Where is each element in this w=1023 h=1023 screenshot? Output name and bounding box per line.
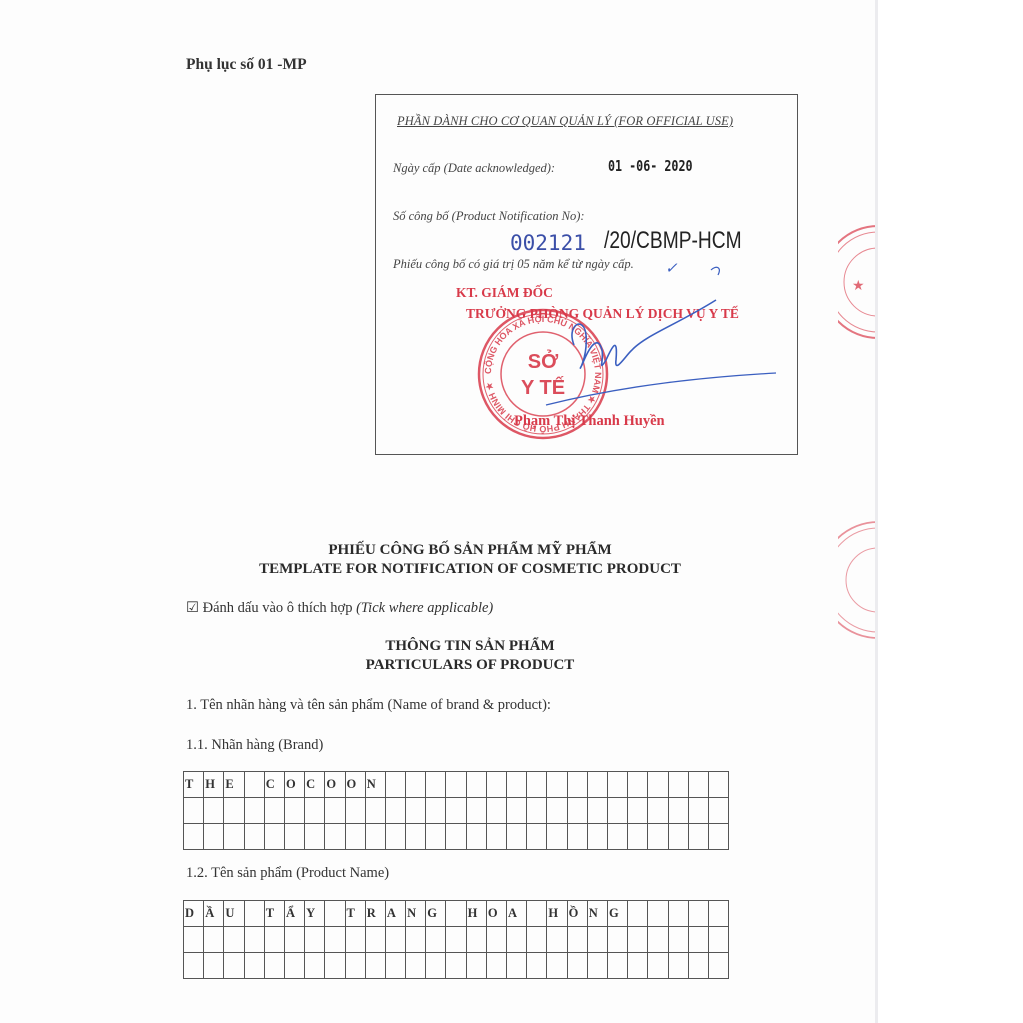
grid-cell [607, 953, 627, 979]
grid-cell [426, 953, 446, 979]
grid-cell [708, 901, 728, 927]
grid-cell [607, 824, 627, 850]
grid-cell [345, 927, 365, 953]
grid-cell [567, 824, 587, 850]
grid-cell [224, 953, 244, 979]
grid-cell [244, 901, 264, 927]
section-title-en: PARTICULARS OF PRODUCT [180, 656, 760, 675]
section-title-vi: THÔNG TIN SẢN PHẨM [180, 637, 760, 656]
grid-cell: N [406, 901, 426, 927]
grid-cell: R [365, 901, 385, 927]
grid-cell [688, 772, 708, 798]
grid-cell [466, 927, 486, 953]
grid-cell [224, 927, 244, 953]
grid-cell [648, 824, 668, 850]
grid-cell [264, 953, 284, 979]
grid-cell [325, 824, 345, 850]
grid-cell [305, 953, 325, 979]
grid-cell [466, 798, 486, 824]
grid-cell [305, 824, 325, 850]
document-page: Phụ lục số 01 -MP PHẦN DÀNH CHO CƠ QUAN … [0, 0, 875, 1023]
grid-cell [507, 824, 527, 850]
grid-cell [708, 824, 728, 850]
form-title-en: TEMPLATE FOR NOTIFICATION OF COSMETIC PR… [180, 560, 760, 579]
grid-row [184, 824, 729, 850]
item-1-label: 1. Tên nhãn hàng và tên sản phẩm (Name o… [186, 697, 551, 714]
grid-cell [688, 953, 708, 979]
grid-cell [628, 824, 648, 850]
grid-cell [648, 927, 668, 953]
grid-cell [385, 798, 405, 824]
grid-cell: D [184, 901, 204, 927]
grid-cell [567, 772, 587, 798]
grid-cell [345, 824, 365, 850]
grid-cell [446, 927, 466, 953]
grid-cell [184, 953, 204, 979]
grid-cell [507, 798, 527, 824]
grid-cell [587, 953, 607, 979]
grid-cell: G [426, 901, 446, 927]
grid-cell: O [486, 901, 506, 927]
grid-cell [406, 772, 426, 798]
grid-cell [527, 953, 547, 979]
grid-cell [486, 824, 506, 850]
grid-cell [648, 953, 668, 979]
grid-cell [365, 953, 385, 979]
grid-cell [385, 953, 405, 979]
tick-instruction-vi: Đánh dấu vào ô thích hợp [203, 600, 353, 616]
grid-cell [466, 772, 486, 798]
grid-cell [244, 772, 264, 798]
grid-cell: N [365, 772, 385, 798]
grid-cell [486, 772, 506, 798]
grid-cell [567, 953, 587, 979]
grid-cell [527, 824, 547, 850]
grid-cell: O [284, 772, 304, 798]
date-acknowledged-value: 01 -06- 2020 [608, 157, 693, 175]
grid-cell [406, 798, 426, 824]
grid-cell [284, 798, 304, 824]
grid-cell: O [325, 772, 345, 798]
grid-cell [426, 772, 446, 798]
grid-cell [547, 927, 567, 953]
grid-cell [648, 798, 668, 824]
grid-cell [527, 772, 547, 798]
grid-cell [547, 953, 567, 979]
grid-cell [607, 927, 627, 953]
grid-cell [708, 772, 728, 798]
grid-cell [385, 927, 405, 953]
grid-cell [607, 798, 627, 824]
form-title: PHIẾU CÔNG BỐ SẢN PHẨM MỸ PHẨM TEMPLATE … [180, 541, 760, 579]
grid-cell [648, 901, 668, 927]
grid-cell: A [507, 901, 527, 927]
grid-cell [628, 927, 648, 953]
grid-cell: T [264, 901, 284, 927]
grid-cell [587, 824, 607, 850]
grid-cell [244, 953, 264, 979]
grid-cell [264, 824, 284, 850]
grid-cell [426, 927, 446, 953]
grid-cell [527, 901, 547, 927]
grid-cell: T [345, 901, 365, 927]
grid-cell [385, 824, 405, 850]
section-title: THÔNG TIN SẢN PHẨM PARTICULARS OF PRODUC… [180, 637, 760, 675]
grid-cell [567, 927, 587, 953]
grid-cell [547, 772, 567, 798]
tick-instruction-en: (Tick where applicable) [356, 600, 493, 616]
grid-row [184, 798, 729, 824]
grid-cell [587, 798, 607, 824]
grid-cell [305, 798, 325, 824]
grid-cell [688, 901, 708, 927]
grid-cell [325, 901, 345, 927]
grid-cell [668, 798, 688, 824]
tick-instruction: ☑ Đánh dấu vào ô thích hợp (Tick where a… [186, 600, 493, 617]
appendix-label: Phụ lục số 01 -MP [186, 56, 307, 74]
grid-cell [648, 772, 668, 798]
grid-cell [365, 824, 385, 850]
grid-cell [325, 798, 345, 824]
grid-cell [325, 953, 345, 979]
grid-cell [547, 824, 567, 850]
grid-cell [708, 927, 728, 953]
grid-cell [345, 798, 365, 824]
item-1-1-label: 1.1. Nhãn hàng (Brand) [186, 737, 323, 754]
grid-cell [284, 927, 304, 953]
grid-cell [244, 798, 264, 824]
grid-cell [284, 953, 304, 979]
brand-grid: THECOCOON [183, 771, 729, 850]
signature-icon [486, 265, 786, 415]
grid-cell [547, 798, 567, 824]
grid-cell [365, 798, 385, 824]
date-acknowledged-label: Ngày cấp (Date acknowledged): [393, 161, 555, 176]
grid-row: THECOCOON [184, 772, 729, 798]
grid-cell [325, 927, 345, 953]
grid-cell [688, 798, 708, 824]
product-name-grid: DẦUTẨYTRANGHOAHỒNG [183, 900, 729, 979]
grid-row: DẦUTẨYTRANGHOAHỒNG [184, 901, 729, 927]
grid-cell: G [607, 901, 627, 927]
grid-cell [527, 927, 547, 953]
grid-cell [426, 798, 446, 824]
grid-cell [688, 927, 708, 953]
grid-cell [426, 824, 446, 850]
grid-cell [587, 927, 607, 953]
grid-cell [406, 953, 426, 979]
grid-cell [204, 953, 224, 979]
grid-cell: Ồ [567, 901, 587, 927]
form-title-vi: PHIẾU CÔNG BỐ SẢN PHẨM MỸ PHẨM [180, 541, 760, 560]
grid-cell [284, 824, 304, 850]
official-use-box: PHẦN DÀNH CHO CƠ QUAN QUẢN LÝ (FOR OFFIC… [375, 94, 798, 455]
grid-cell [587, 772, 607, 798]
grid-cell: E [224, 772, 244, 798]
grid-cell [365, 927, 385, 953]
grid-cell [507, 953, 527, 979]
grid-cell [244, 824, 264, 850]
grid-cell: H [547, 901, 567, 927]
grid-cell: H [204, 772, 224, 798]
grid-cell [446, 901, 466, 927]
grid-cell [486, 798, 506, 824]
grid-cell: T [184, 772, 204, 798]
grid-row [184, 953, 729, 979]
grid-cell [668, 927, 688, 953]
grid-cell [567, 798, 587, 824]
grid-cell: Ầ [204, 901, 224, 927]
grid-cell [486, 927, 506, 953]
grid-cell [184, 927, 204, 953]
grid-cell: Ẩ [284, 901, 304, 927]
grid-cell: C [264, 772, 284, 798]
grid-cell [628, 901, 648, 927]
grid-cell [668, 772, 688, 798]
grid-cell [466, 824, 486, 850]
grid-cell: O [345, 772, 365, 798]
grid-cell [204, 824, 224, 850]
side-seal-top-icon: ★ [838, 222, 878, 342]
grid-cell [607, 772, 627, 798]
grid-cell [204, 798, 224, 824]
grid-cell [708, 953, 728, 979]
grid-cell [486, 953, 506, 979]
side-seal-bottom-icon [838, 520, 878, 640]
grid-cell: N [587, 901, 607, 927]
official-use-title: PHẦN DÀNH CHO CƠ QUAN QUẢN LÝ (FOR OFFIC… [397, 114, 733, 129]
grid-cell: C [305, 772, 325, 798]
grid-cell [345, 953, 365, 979]
grid-cell [385, 772, 405, 798]
grid-cell [507, 927, 527, 953]
grid-cell [688, 824, 708, 850]
grid-cell: U [224, 901, 244, 927]
page-edge-divider [875, 0, 878, 1023]
grid-cell: Y [305, 901, 325, 927]
grid-cell: A [385, 901, 405, 927]
grid-cell [446, 953, 466, 979]
grid-cell [446, 824, 466, 850]
grid-cell [466, 953, 486, 979]
notification-number-suffix: /20/CBMP-HCM [604, 227, 742, 255]
notification-number-stamp: 002121 [510, 231, 586, 255]
grid-cell [628, 953, 648, 979]
grid-cell [628, 798, 648, 824]
grid-cell [224, 798, 244, 824]
grid-cell [264, 927, 284, 953]
grid-cell [628, 772, 648, 798]
grid-cell [184, 824, 204, 850]
grid-cell [668, 901, 688, 927]
checkbox-checked-icon: ☑ [186, 600, 199, 616]
grid-cell [446, 798, 466, 824]
grid-cell [204, 927, 224, 953]
grid-cell: H [466, 901, 486, 927]
grid-cell [406, 927, 426, 953]
svg-text:★: ★ [852, 277, 865, 293]
grid-cell [507, 772, 527, 798]
grid-cell [668, 953, 688, 979]
item-1-2-label: 1.2. Tên sản phẩm (Product Name) [186, 865, 389, 882]
grid-cell [446, 772, 466, 798]
grid-cell [244, 927, 264, 953]
grid-cell [668, 824, 688, 850]
grid-cell [527, 798, 547, 824]
grid-row [184, 927, 729, 953]
grid-cell [305, 927, 325, 953]
grid-cell [264, 798, 284, 824]
grid-cell [184, 798, 204, 824]
grid-cell [406, 824, 426, 850]
grid-cell [224, 824, 244, 850]
notification-number-label: Số công bố (Product Notification No): [393, 209, 585, 224]
grid-cell [708, 798, 728, 824]
signer-name: Phạm Thị Thanh Huyền [514, 413, 665, 430]
